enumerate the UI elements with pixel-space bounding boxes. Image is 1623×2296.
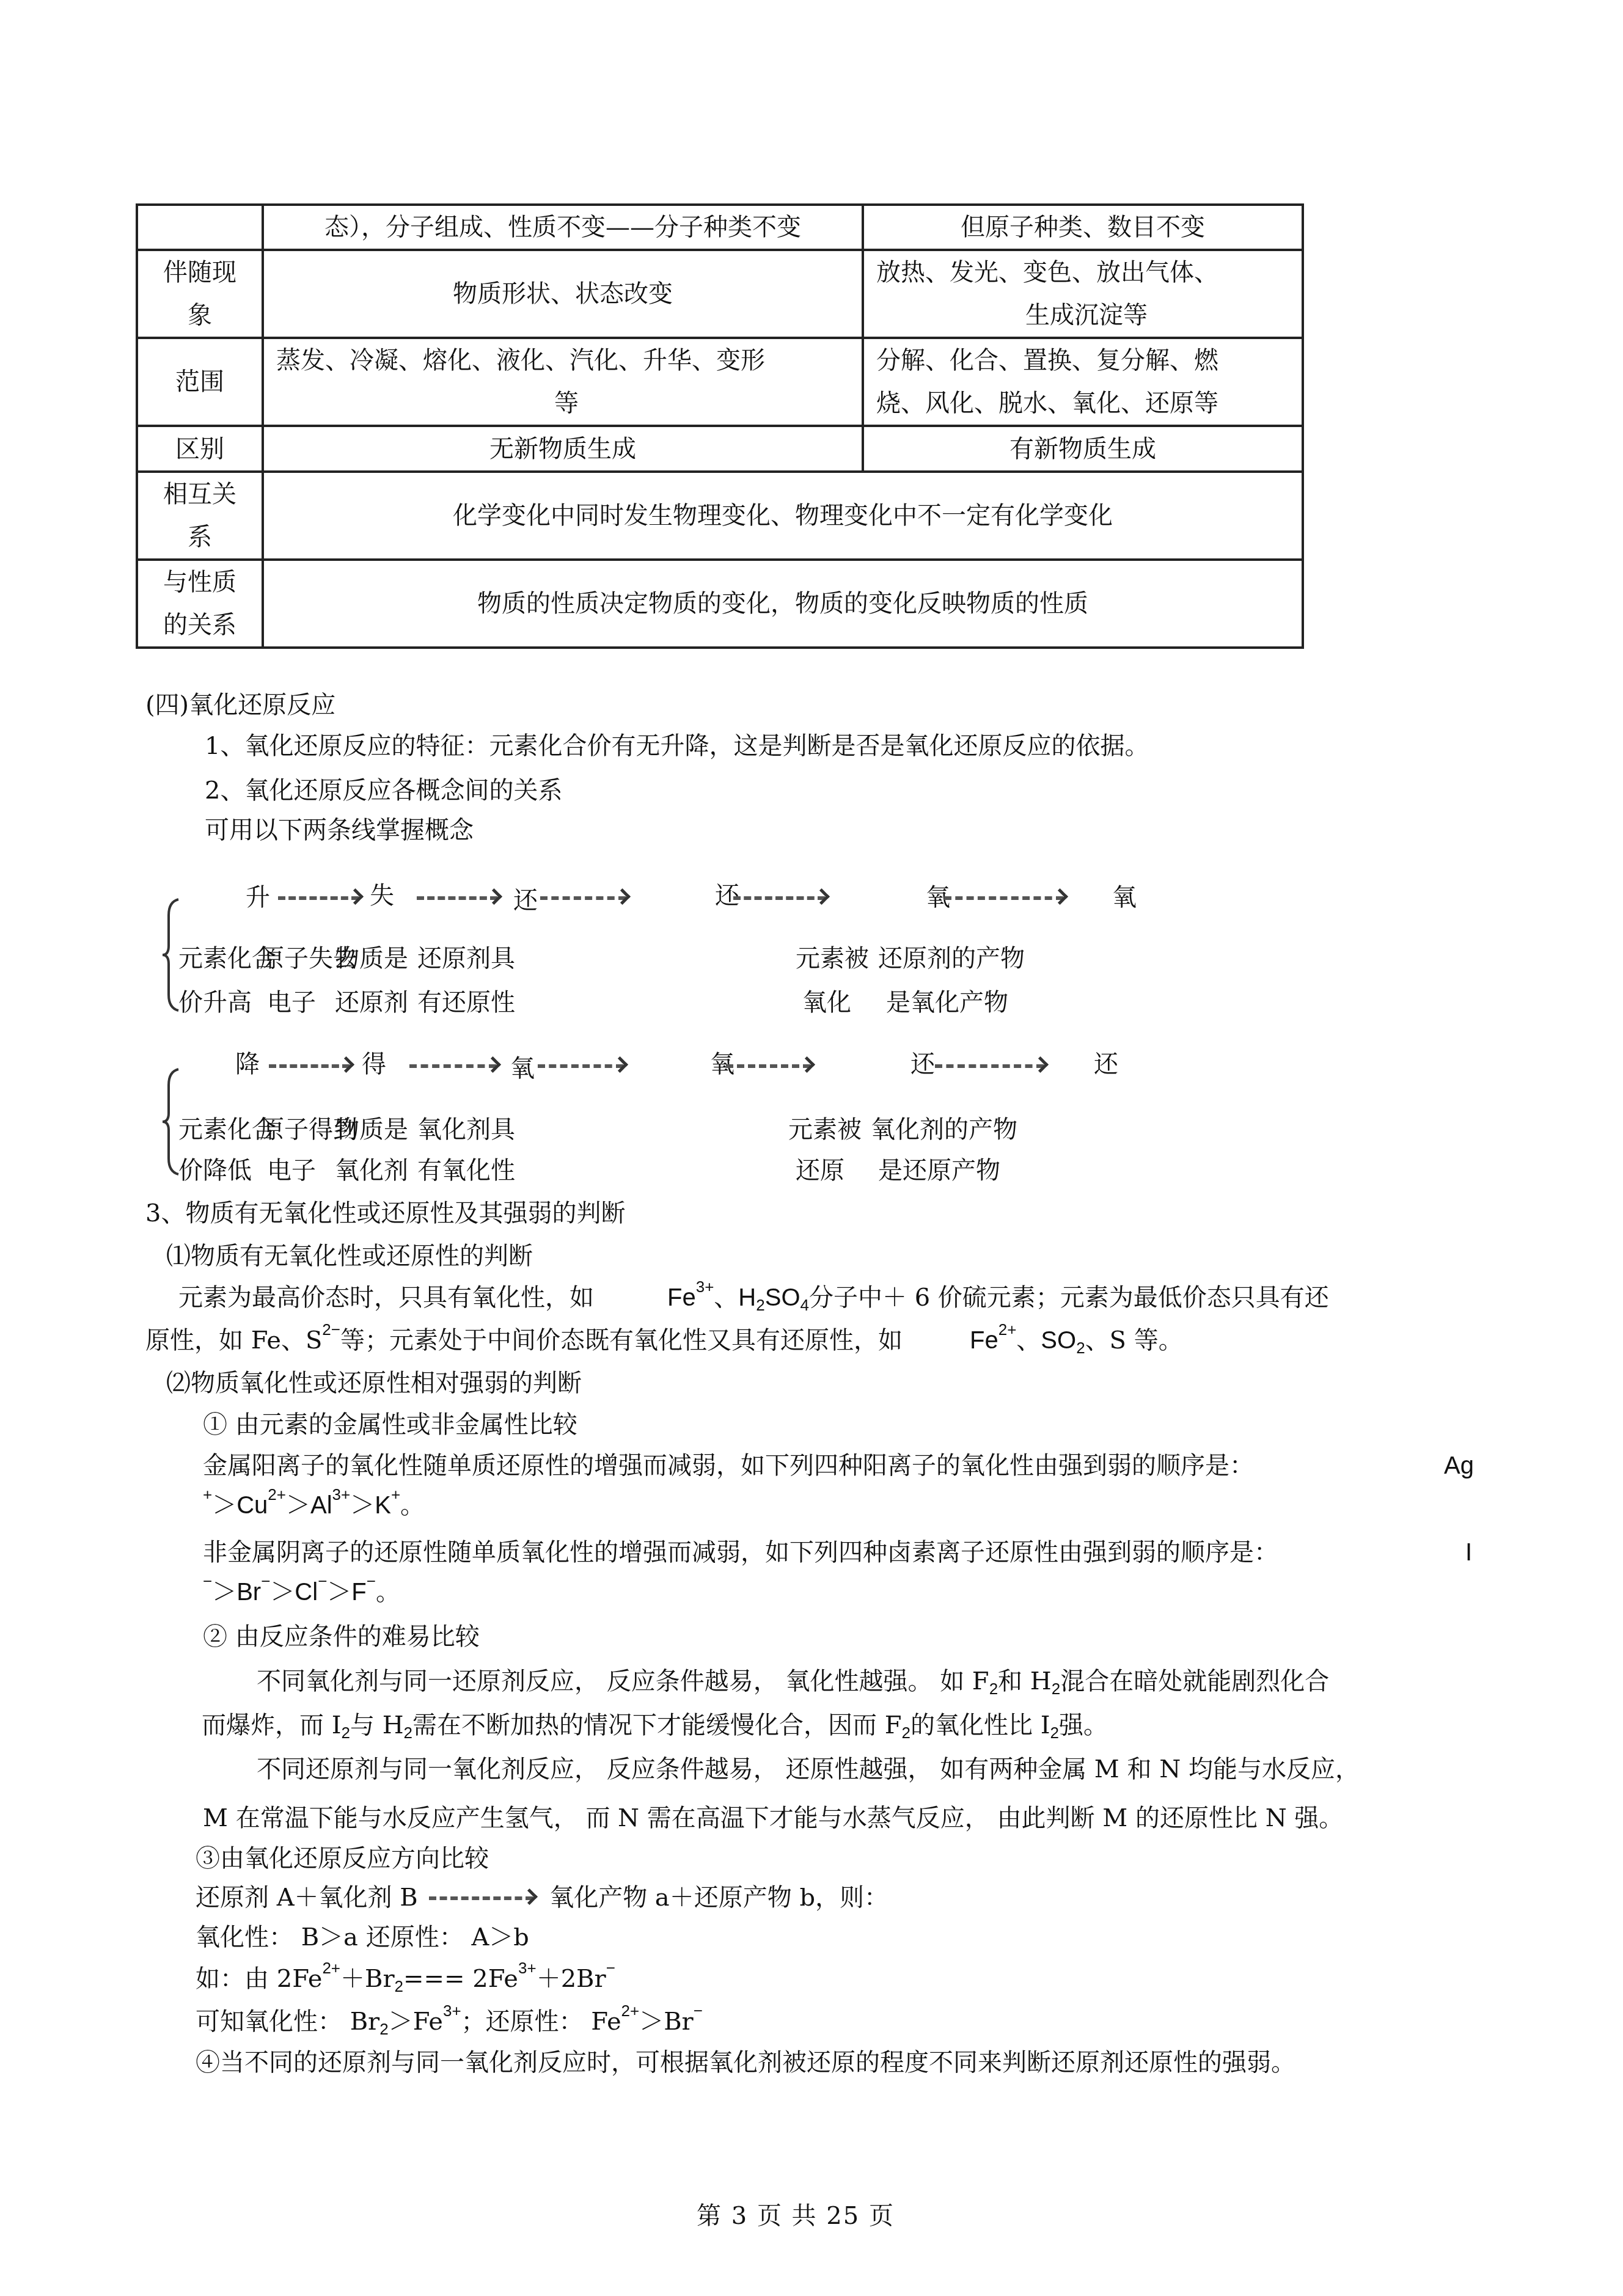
charge: 3+ [443,2002,461,2020]
text: 等；元素处于中间价态既有氧化性又具有还原性，如 [340,1326,903,1355]
formula: 、SO [1016,1327,1076,1354]
dashed-arrow-icon [425,1896,541,1903]
table-header-cell: 范围 [137,338,263,426]
page-footer: 第 3 页 共 25 页 [697,2196,895,2231]
header-line: 象 [143,294,257,337]
text: 如：由 2Fe [196,1965,322,1993]
diagram-key: 氧 [510,1054,535,1083]
charge: − [261,1572,270,1590]
diagram-text: 物质是 [335,1115,408,1144]
text: ＋Br [340,1965,395,1993]
diagram-text: 价降低 [178,1156,252,1185]
diagram-text: 电子 [267,1156,316,1185]
text: 还原剂 A＋氧化剂 B [196,1884,418,1912]
dashed-arrow-icon [278,896,359,900]
dashed-arrow-icon [726,1064,810,1068]
diagram-key: 还 [715,881,739,910]
paragraph-line: 氧化性： B＞a 还原性： A＞b [196,1923,529,1952]
formula: I [1465,1538,1472,1567]
diagram-text: 还原 [796,1156,844,1185]
charge: + [203,1485,212,1504]
diagram-key: 还 [513,886,538,915]
cell-line: 生成沉淀等 [876,294,1297,337]
diagram-text: 有还原性 [417,988,515,1017]
table-cell-chemical: 分解、化合、置换、复分解、燃 烧、风化、脱水、氧化、还原等 [863,338,1303,426]
paragraph: 可用以下两条线掌握概念 [205,816,474,845]
diagram-key: 升 [246,883,270,912]
subscript: 2 [404,1724,412,1742]
table-header-cell [137,205,263,250]
table-cell-physical: 物质形状、状态改变 [263,250,863,338]
table-row: 伴随现 象 物质形状、状态改变 放热、发光、变色、放出气体、 生成沉淀等 [137,250,1303,338]
header-line: 的关系 [143,604,257,646]
formula: Ag [1444,1451,1474,1480]
formula: ＞Br [212,1579,261,1606]
table-row: 范围 蒸发、冷凝、熔化、液化、汽化、升华、变形 等 分解、化合、置换、复分解、燃… [137,338,1303,426]
subscript: 4 [801,1296,809,1314]
charge: − [318,1572,327,1590]
method-title: ③由氧化还原反应方向比较 [196,1844,489,1873]
paragraph-line: 而爆炸，而 I2与 H2需在不断加热的情况下才能缓慢化合，因而 F2的氧化性比 … [202,1711,1108,1740]
text: 不同氧化剂与同一还原剂反应， 反应条件越易， 氧化性越强。 如 F [257,1667,989,1695]
diagram-text: 物质是 [335,944,408,973]
text: ＞Br [639,2008,694,2036]
formula: Fe [667,1284,696,1311]
formula: ＞Cu [212,1492,268,1519]
subscript: 2 [756,1296,764,1314]
table-header-cell: 相互关 系 [137,472,263,560]
diagram-text: 氧化剂的产物 [871,1115,1017,1144]
table-header-cell: 与性质 的关系 [137,560,263,648]
charge: − [606,1959,615,1977]
paragraph-line: −＞Br−＞Cl−＞F−。 [203,1578,400,1607]
dashed-arrow-icon [935,1064,1044,1068]
charge: 3+ [696,1278,714,1296]
diagram-text: 氧化剂 [335,1156,408,1185]
subscript: 2 [1052,1680,1060,1698]
dashed-arrow-icon [944,896,1063,900]
subscript: 2 [1050,1724,1059,1742]
cell-line: 等 [276,382,857,425]
header-line: 系 [143,516,257,558]
subsection-title: ⑴物质有无氧化性或还原性的判断 [166,1241,533,1271]
formula: ＞F [327,1579,366,1606]
text: === 2Fe [403,1965,518,1993]
formula: ＞Cl [270,1579,318,1606]
subscript: 2 [379,2020,388,2038]
formula: ＞K [350,1492,391,1519]
diagram-text: 氧化剂具 [417,1115,515,1144]
paragraph-line: 还原剂 A＋氧化剂 B 氧化产物 a＋还原产物 b，则： [196,1883,888,1912]
formula: SO [765,1284,801,1311]
subscript: 2 [395,1977,403,1995]
diagram-key: 还 [1094,1050,1118,1079]
paragraph-line: 原性，如 Fe、S2−等；元素处于中间价态既有氧化性又具有还原性，如Fe2+、S… [145,1326,1183,1355]
table-header-cell: 区别 [137,426,263,472]
header-line: 与性质 [143,561,257,604]
cell-line: 蒸发、冷凝、熔化、液化、汽化、升华、变形 [276,339,857,382]
table-cell-physical: 无新物质生成 [263,426,863,472]
diagram-key: 还 [910,1050,935,1079]
method-title: ① 由元素的金属性或非金属性比较 [203,1410,577,1439]
table-cell-physical: 蒸发、冷凝、熔化、液化、汽化、升华、变形 等 [263,338,863,426]
diagram-text: 还原剂 [335,988,408,1017]
table-cell-chemical: 有新物质生成 [863,426,1303,472]
table-cell-chemical: 但原子种类、数目不变 [863,205,1303,250]
text: 、S 等。 [1085,1326,1183,1355]
charge: 3+ [518,1959,537,1977]
cell-line: 烧、风化、脱水、氧化、还原等 [876,382,1297,425]
text: 与 H [350,1711,404,1739]
text: 的氧化性比 I [910,1711,1050,1739]
dashed-arrow-icon [538,1064,623,1068]
diagram-text: 还原剂具 [417,944,515,973]
table-cell-physical: 态），分子组成、性质不变——分子种类不变 [263,205,863,250]
subscript: 2 [989,1680,998,1698]
text: 强。 [1059,1711,1108,1739]
diagram-text: 电子 [267,988,316,1017]
dashed-arrow-icon [409,1064,496,1068]
dashed-arrow-icon [540,896,626,900]
paragraph: 2、氧化还原反应各概念间的关系 [205,776,562,805]
diagram-text: 元素被 [788,1115,862,1144]
dashed-arrow-icon [417,896,497,900]
subscript: 2 [902,1724,910,1742]
text: 分子中＋ 6 价硫元素；元素为最低价态只具有还 [809,1284,1329,1312]
diagram-key: 氧 [1112,883,1137,912]
paragraph-line: M 在常温下能与水反应产生氢气， 而 N 需在高温下才能与水蒸气反应， 由此判断… [203,1804,1343,1833]
text: 需在不断加热的情况下才能缓慢化合，因而 F [412,1711,901,1739]
charge: 2+ [322,1959,340,1977]
text: 和 H [998,1667,1052,1695]
charge: 2+ [998,1320,1017,1339]
formula: 、H [714,1284,756,1311]
formula: ＞Al [286,1492,332,1519]
charge: − [203,1572,212,1590]
text: ＋2Br [537,1965,606,1993]
diagram-key: 失 [370,881,394,910]
equation: 如：由 2Fe2+＋Br2=== 2Fe3+＋2Br− [196,1964,615,1994]
text: 元素为最高价态时，只具有氧化性，如 [178,1284,594,1312]
text: 原性，如 Fe、S [145,1326,322,1355]
subscript: 2 [1076,1339,1085,1357]
paragraph-line: 可知氧化性： Br2＞Fe3+；还原性： Fe2+＞Br− [196,2007,703,2036]
table-cell-chemical: 放热、发光、变色、放出气体、 生成沉淀等 [863,250,1303,338]
dashed-arrow-icon [269,1064,350,1068]
diagram-text: 氧化 [802,988,851,1017]
section-title: (四)氧化还原反应 [145,690,335,720]
text: ；还原性： Fe [461,2008,621,2036]
paragraph-line: 不同还原剂与同一氧化剂反应， 反应条件越易， 还原性越强， 如有两种金属 M 和… [257,1755,1360,1784]
diagram-text: 有氧化性 [417,1156,515,1185]
diagram-text: 是氧化产物 [886,988,1008,1017]
paragraph-line: 不同氧化剂与同一还原剂反应， 反应条件越易， 氧化性越强。 如 F2和 H2混合… [257,1667,1329,1696]
charge: 3+ [332,1485,351,1504]
section-title: 3、物质有无氧化性或还原性及其强弱的判断 [145,1199,625,1228]
charge: − [694,2002,703,2020]
table-row: 区别 无新物质生成 有新物质生成 [137,426,1303,472]
paragraph: 1、氧化还原反应的特征：元素化合价有无升降，这是判断是否是氧化还原反应的依据。 [205,731,1149,761]
dashed-arrow-icon [733,896,825,900]
text: 。 [376,1579,400,1606]
table-row: 态），分子组成、性质不变——分子种类不变 但原子种类、数目不变 [137,205,1303,250]
paragraph-line: +＞Cu2+＞Al3+＞K+。 [203,1491,425,1520]
paragraph-line: 金属阳离子的氧化性随单质还原性的增强而减弱，如下列四种阳离子的氧化性由强到弱的顺… [203,1451,1254,1480]
method-title: ④当不同的还原剂与同一氧化剂反应时，可根据氧化剂被还原的程度不同来判断还原剂还原… [196,2048,1295,2077]
charge: 2+ [268,1485,286,1504]
charge: − [367,1572,376,1590]
cell-line: 放热、发光、变色、放出气体、 [876,251,1297,294]
cell-line: 分解、化合、置换、复分解、燃 [876,339,1297,382]
header-line: 伴随现 [143,251,257,294]
text: 而爆炸，而 I [202,1711,342,1739]
text: 混合在暗处就能剧烈化合 [1060,1667,1329,1695]
diagram-key: 降 [235,1050,260,1079]
diagram-key: 得 [362,1050,386,1079]
subscript: 2 [342,1724,350,1742]
text: 可知氧化性： Br [196,2008,379,2036]
diagram-text: 还原剂的产物 [878,944,1025,973]
comparison-table: 态），分子组成、性质不变——分子种类不变 但原子种类、数目不变 伴随现 象 物质… [136,203,1304,649]
paragraph-line: 非金属阴离子的还原性随单质氧化性的增强而减弱，如下列四种卤素离子还原性由强到弱的… [203,1538,1278,1567]
charge: 2+ [621,2002,640,2020]
table-row: 与性质 的关系 物质的性质决定物质的变化，物质的变化反映物质的性质 [137,560,1303,648]
diagram-text: 是还原产物 [878,1156,1000,1185]
text: ＞Fe [389,2008,443,2036]
table-row: 相互关 系 化学变化中同时发生物理变化、物理变化中不一定有化学变化 [137,472,1303,560]
text: 。 [400,1492,425,1519]
subsection-title: ⑵物质氧化性或还原性相对强弱的判断 [166,1369,582,1398]
method-title: ② 由反应条件的难易比较 [203,1622,480,1651]
formula: Fe [970,1327,998,1354]
header-line: 相互关 [143,473,257,516]
charge: 2− [322,1320,340,1339]
table-cell-merged: 物质的性质决定物质的变化，物质的变化反映物质的性质 [263,560,1303,648]
table-header-cell: 伴随现 象 [137,250,263,338]
paragraph-line: 元素为最高价态时，只具有氧化性，如Fe3+、H2SO4分子中＋ 6 价硫元素；元… [178,1283,1329,1312]
table-cell-merged: 化学变化中同时发生物理变化、物理变化中不一定有化学变化 [263,472,1303,560]
diagram-text: 价升高 [178,988,252,1017]
charge: + [391,1485,400,1504]
text: 氧化产物 a＋还原产物 b，则： [549,1884,888,1912]
diagram-text: 元素被 [796,944,869,973]
